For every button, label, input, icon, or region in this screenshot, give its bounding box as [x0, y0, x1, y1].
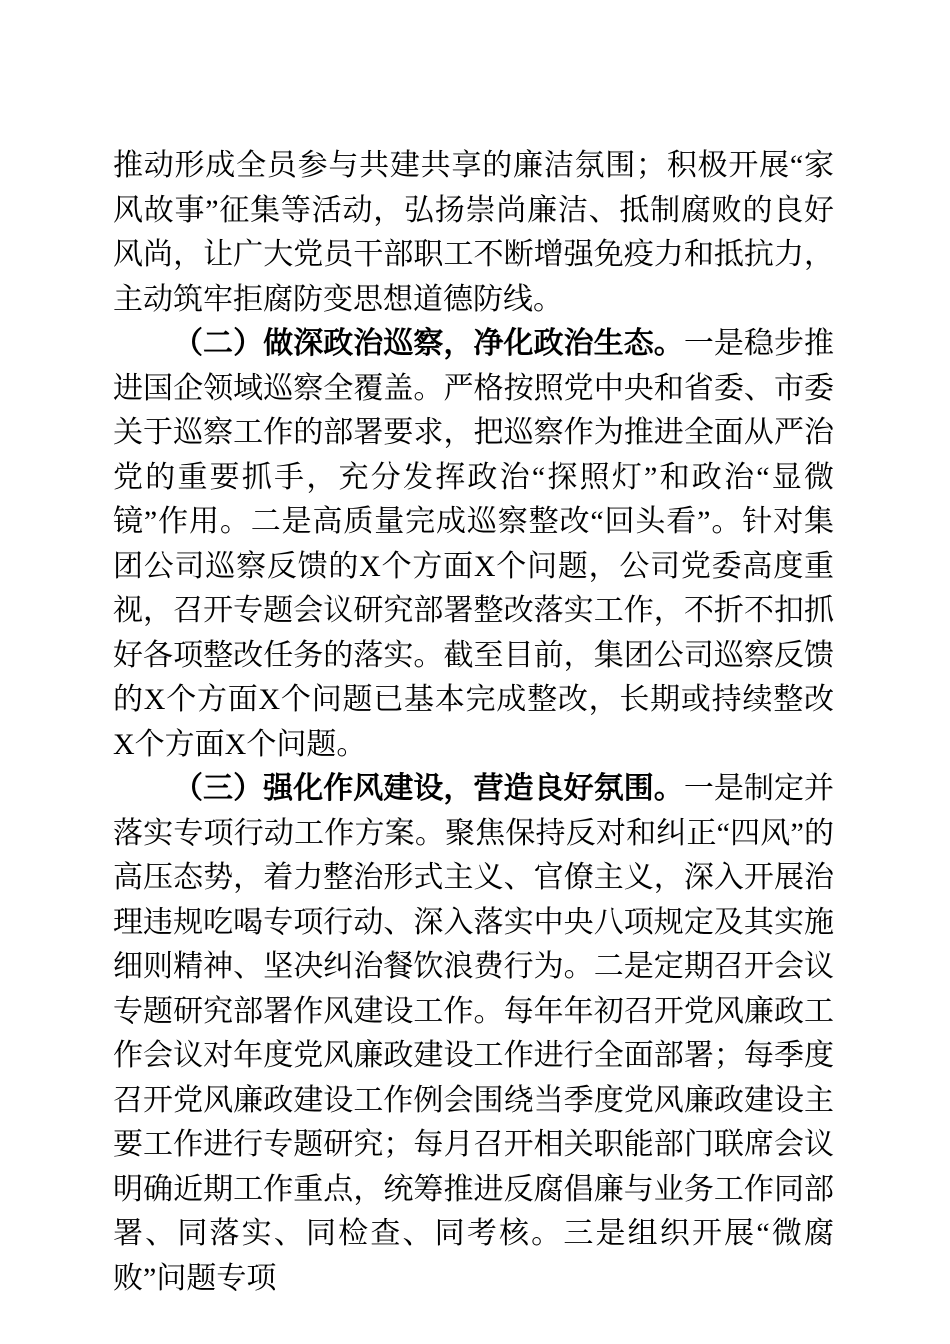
document-page: 推动形成全员参与共建共享的廉洁氛围；积极开展“家风故事”征集等活动，弘扬崇尚廉洁… [0, 0, 950, 1344]
section-3-heading: （三）强化作风建设，营造良好氛围。 [173, 772, 684, 805]
paragraph-continuation: 推动形成全员参与共建共享的廉洁氛围；积极开展“家风故事”征集等活动，弘扬崇尚廉洁… [113, 144, 834, 322]
paragraph-section-2: （二）做深政治巡察，净化政治生态。一是稳步推进国企领域巡察全覆盖。严格按照党中央… [113, 322, 834, 767]
paragraph-section-3: （三）强化作风建设，营造良好氛围。一是制定并落实专项行动工作方案。聚焦保持反对和… [113, 767, 834, 1301]
section-2-heading: （二）做深政治巡察，净化政治生态。 [173, 327, 684, 360]
document-text-body: 推动形成全员参与共建共享的廉洁氛围；积极开展“家风故事”征集等活动，弘扬崇尚廉洁… [113, 144, 834, 1301]
section-3-body-text: 一是制定并落实专项行动工作方案。聚焦保持反对和纠正“四风”的高压态势，着力整治形… [113, 772, 834, 1295]
paragraph-continuation-text: 推动形成全员参与共建共享的廉洁氛围；积极开展“家风故事”征集等活动，弘扬崇尚廉洁… [113, 149, 834, 316]
section-2-body-text: 一是稳步推进国企领域巡察全覆盖。严格按照党中央和省委、市委关于巡察工作的部署要求… [113, 327, 834, 761]
